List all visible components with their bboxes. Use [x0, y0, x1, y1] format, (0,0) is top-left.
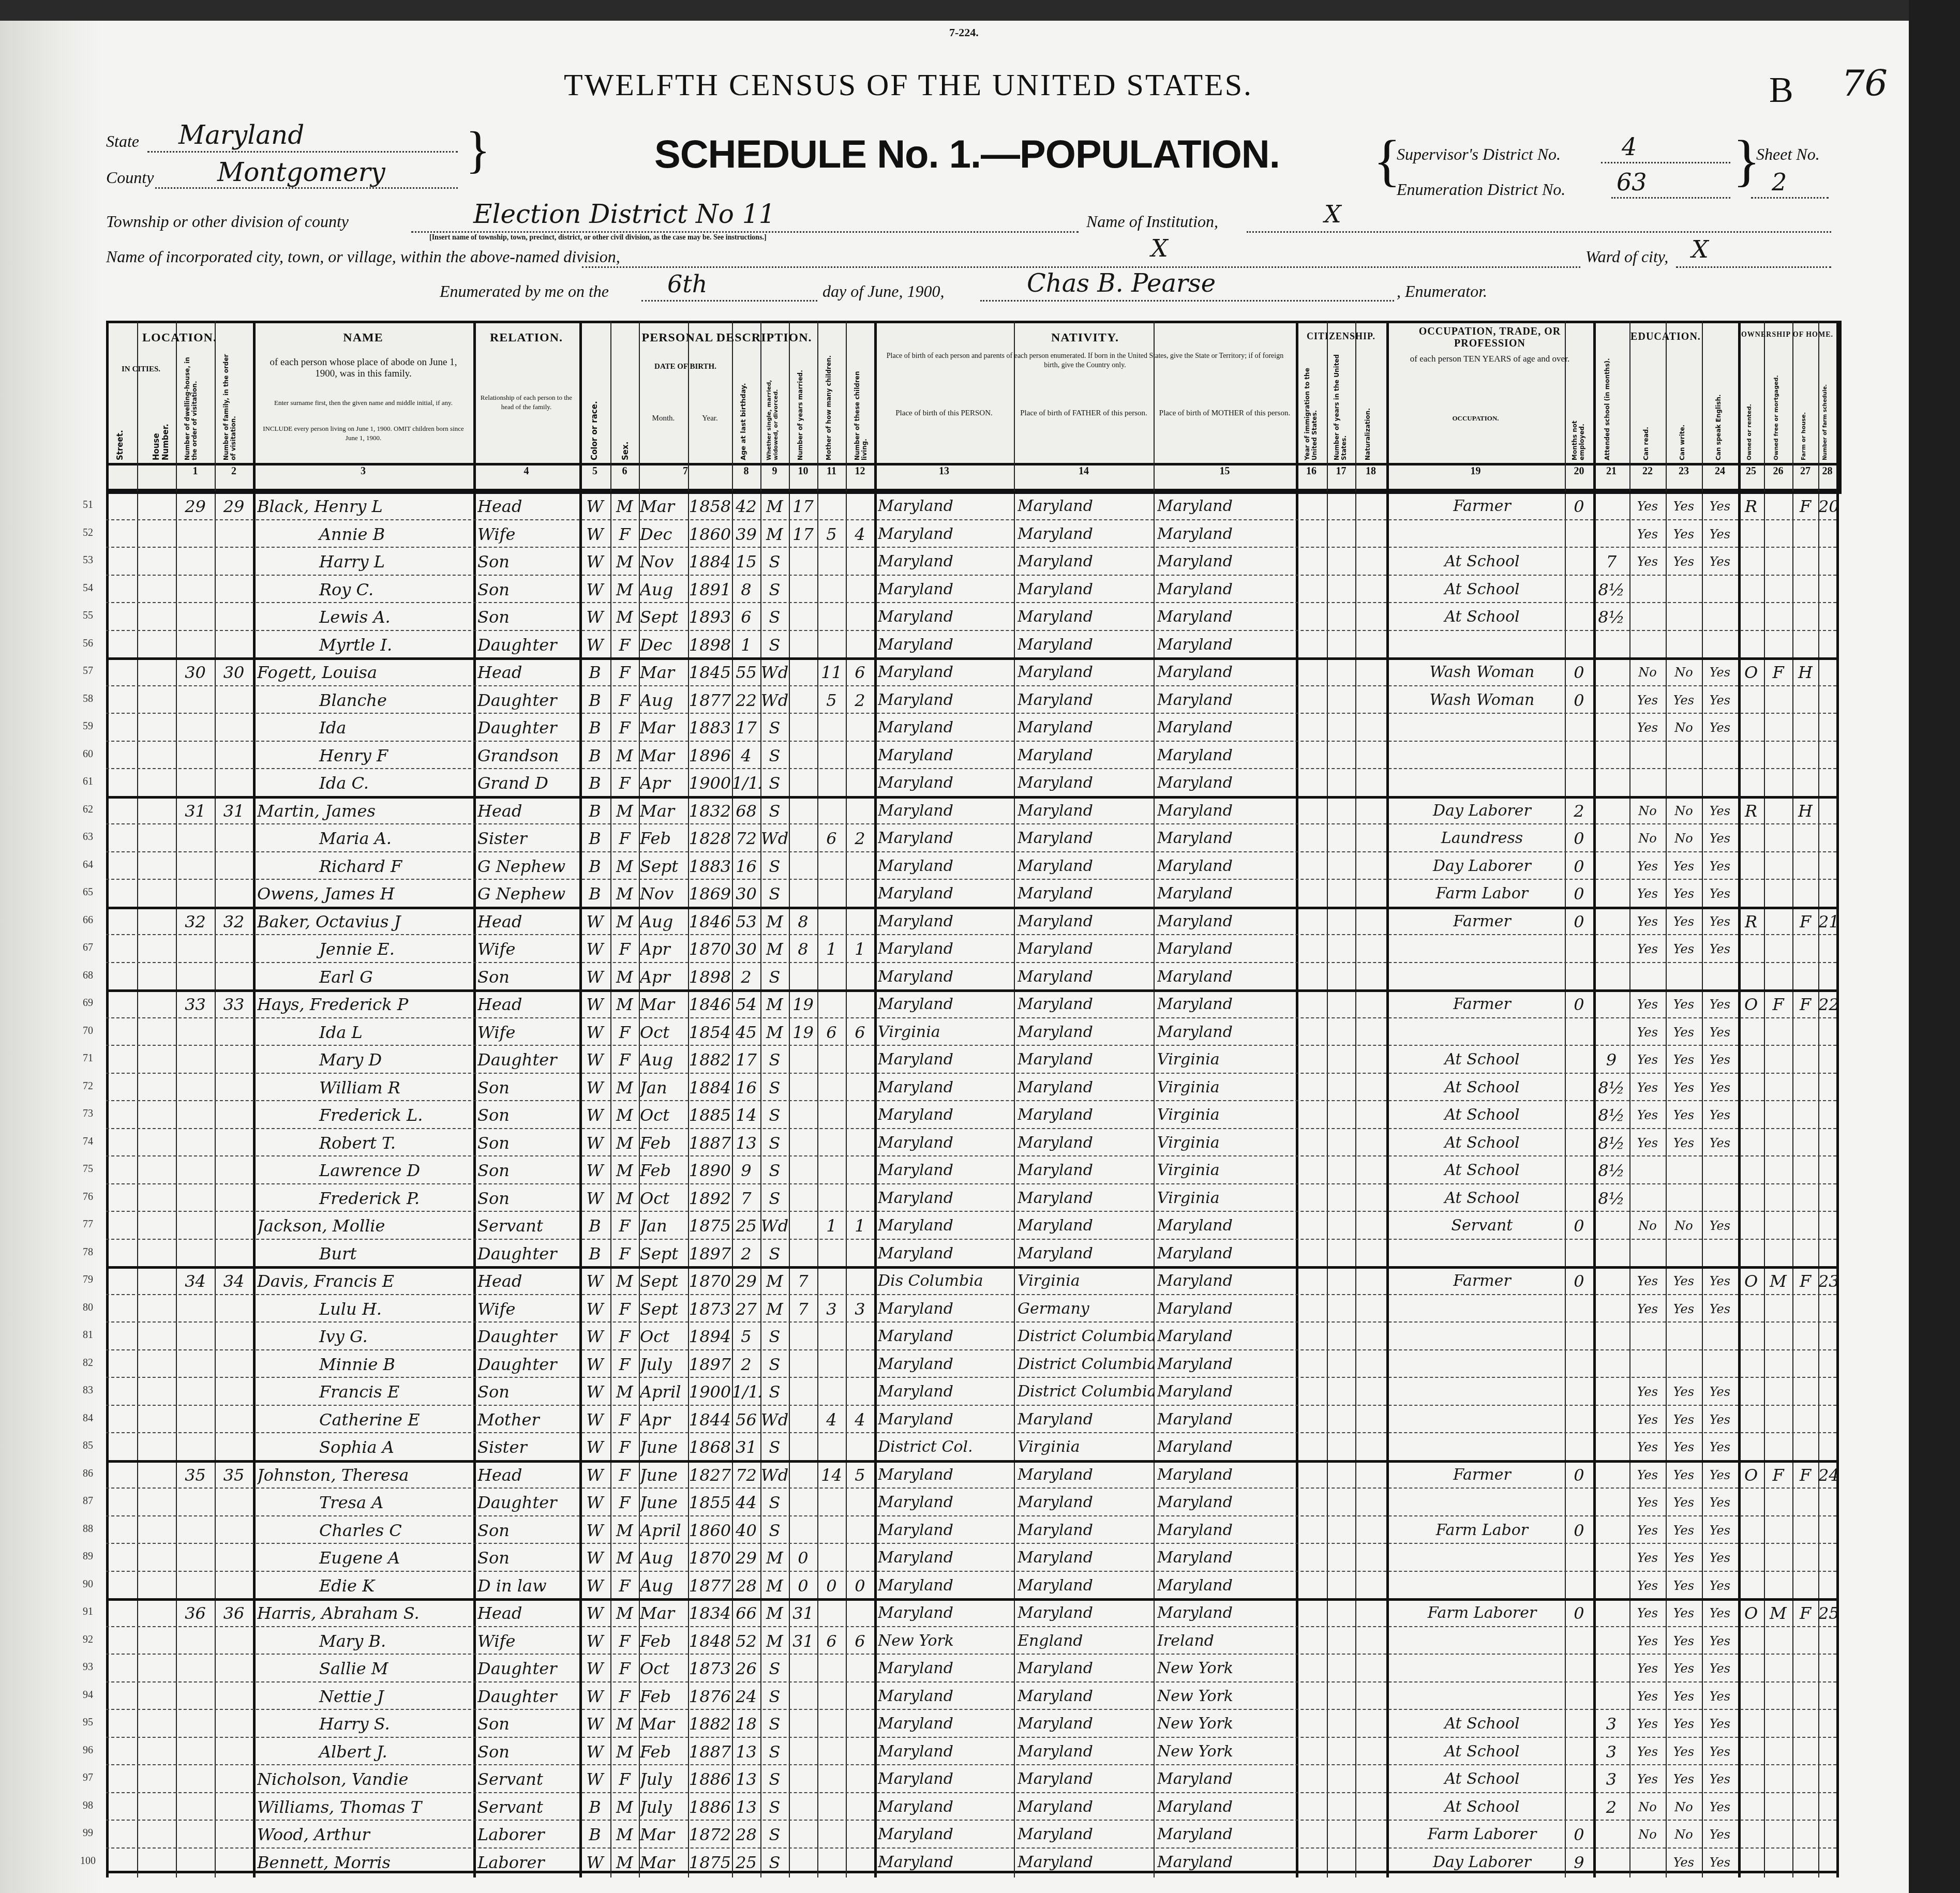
cell-farm — [1792, 1294, 1818, 1322]
cell-school — [1593, 657, 1629, 685]
cell-color: W — [579, 491, 610, 519]
cell-dwelling — [176, 1128, 215, 1156]
cell-pob-mother: Maryland — [1157, 1598, 1296, 1626]
sheet-value: 2 — [1772, 168, 1787, 196]
cell-owned — [1738, 851, 1764, 879]
cell-yrs-married — [789, 685, 817, 713]
cell-school — [1593, 1266, 1629, 1294]
cell-farm-sched — [1818, 1737, 1836, 1765]
cell-occupation: At School — [1399, 1100, 1565, 1128]
cell-dwelling: 34 — [176, 1266, 215, 1294]
cell-occupation — [1399, 934, 1565, 962]
cell-color: B — [579, 657, 610, 685]
cell-occupation — [1399, 1626, 1565, 1654]
cell-age: 25 — [732, 1211, 760, 1239]
colnum-19: 19 — [1386, 465, 1565, 477]
cell-owned: O — [1738, 1598, 1764, 1626]
cell-month: Aug — [640, 907, 688, 935]
cell-pob-mother: Maryland — [1157, 1017, 1296, 1045]
table-row: Lawrence DSonWMFeb18909SMarylandMaryland… — [106, 1155, 1836, 1183]
cell-pob-father: Maryland — [1018, 796, 1154, 824]
cell-age: 54 — [732, 989, 760, 1017]
cell-pob-mother: Maryland — [1157, 934, 1296, 962]
cell-occupation: At School — [1399, 1073, 1565, 1101]
cell-color: W — [579, 1488, 610, 1515]
cell-owned — [1738, 1100, 1764, 1128]
cell-farm-sched — [1818, 1155, 1836, 1183]
cell-unemployed — [1565, 1654, 1593, 1681]
cell-color: W — [579, 575, 610, 603]
cell-speak: Yes — [1702, 1654, 1738, 1681]
cell-name: Fogett, Louisa — [257, 657, 472, 685]
cell-dwelling — [176, 685, 215, 713]
header-occupation: OCCUPATION, TRADE, OR PROFESSION — [1386, 326, 1593, 350]
cell-dwelling — [176, 602, 215, 630]
cell-occupation: At School — [1399, 1737, 1565, 1765]
header-dob: DATE OF BIRTH. — [639, 362, 732, 371]
cell-dwelling — [176, 1017, 215, 1045]
cell-owned — [1738, 1239, 1764, 1267]
cell-farm — [1792, 1654, 1818, 1681]
cell-read: Yes — [1629, 1571, 1666, 1599]
cell-pob: Maryland — [878, 1764, 1014, 1792]
cell-year: 1860 — [688, 1515, 732, 1543]
cell-farm — [1792, 1239, 1818, 1267]
cell-mother-of — [817, 1266, 846, 1294]
cell-sex: M — [610, 1709, 639, 1737]
cell-farm-sched — [1818, 1073, 1836, 1101]
header-relation: RELATION. — [473, 331, 579, 345]
cell-farm-sched — [1818, 851, 1836, 879]
cell-relation: Head — [477, 796, 578, 824]
cell-farm-sched — [1818, 1294, 1836, 1322]
cell-relation: Son — [477, 962, 578, 990]
colnum-15: 15 — [1154, 465, 1296, 477]
cell-school — [1593, 1321, 1629, 1349]
cell-age: 13 — [732, 1128, 760, 1156]
cell-month: Feb — [640, 1155, 688, 1183]
cell-write: Yes — [1666, 1045, 1702, 1073]
cell-pob-father: District Columbia — [1018, 1377, 1154, 1405]
cell-color: B — [579, 1792, 610, 1820]
cell-month: Sept — [640, 1239, 688, 1267]
cell-age: 17 — [732, 1045, 760, 1073]
cell-read: No — [1629, 1211, 1666, 1239]
cell-farm — [1792, 1128, 1818, 1156]
cell-pob-father: Maryland — [1018, 1183, 1154, 1211]
enumeration-field: 63 — [1611, 178, 1730, 199]
cell-marital: S — [760, 713, 789, 741]
header-immigration: Year of immigration to the United States… — [1304, 352, 1318, 460]
cell-mother-of: 6 — [817, 1626, 846, 1654]
cell-color: W — [579, 547, 610, 575]
state-label: State — [106, 132, 139, 151]
cell-pob-mother: Maryland — [1157, 1792, 1296, 1820]
cell-year: 1827 — [688, 1460, 732, 1488]
cell-yrs-married — [789, 1073, 817, 1101]
cell-free — [1764, 851, 1792, 879]
cell-school: 8½ — [1593, 575, 1629, 603]
cell-free — [1764, 1847, 1792, 1875]
cell-family — [215, 1211, 253, 1239]
cell-occupation: Servant — [1399, 1211, 1565, 1239]
cell-color: W — [579, 1183, 610, 1211]
cell-read: Yes — [1629, 1017, 1666, 1045]
cell-dwelling — [176, 1515, 215, 1543]
cell-color: W — [579, 1073, 610, 1101]
cell-name: Williams, Thomas T — [257, 1792, 472, 1820]
cell-color: W — [579, 1737, 610, 1765]
cell-unemployed — [1565, 1681, 1593, 1709]
sheet-label: Sheet No. — [1756, 145, 1820, 164]
cell-free — [1764, 1377, 1792, 1405]
cell-year: 1900 — [688, 768, 732, 796]
cell-read: Yes — [1629, 879, 1666, 907]
cell-family — [215, 1239, 253, 1267]
cell-pob: Maryland — [878, 1571, 1014, 1599]
cell-occupation — [1399, 741, 1565, 769]
cell-living — [846, 575, 874, 603]
cell-yrs-married: 19 — [789, 1017, 817, 1045]
cell-speak: Yes — [1702, 1764, 1738, 1792]
cell-unemployed — [1565, 1571, 1593, 1599]
line-number-left: 87 — [78, 1495, 98, 1507]
cell-sex: F — [610, 1460, 639, 1488]
cell-mother-of — [817, 1349, 846, 1377]
cell-farm-sched — [1818, 823, 1836, 851]
cell-dwelling — [176, 741, 215, 769]
cell-mother-of — [817, 1432, 846, 1460]
table-row: Albert J.SonWMFeb188713SMarylandMaryland… — [106, 1737, 1836, 1765]
cell-living — [846, 768, 874, 796]
cell-dwelling — [176, 1045, 215, 1073]
line-number-left: 55 — [78, 610, 98, 622]
city-value: X — [1151, 234, 1168, 262]
cell-yrs-married — [789, 768, 817, 796]
cell-owned — [1738, 1073, 1764, 1101]
cell-pob-father: Maryland — [1018, 989, 1154, 1017]
cell-write: Yes — [1666, 1432, 1702, 1460]
township-value: Election District No 11 — [473, 199, 775, 229]
cell-year: 1870 — [688, 1543, 732, 1571]
cell-pob: Maryland — [878, 1460, 1014, 1488]
cell-sex: M — [610, 1598, 639, 1626]
cell-month: Mar — [640, 713, 688, 741]
header-citizenship: CITIZENSHIP. — [1296, 331, 1386, 342]
cell-yrs-married: 8 — [789, 907, 817, 935]
cell-write: Yes — [1666, 1515, 1702, 1543]
cell-living: 6 — [846, 1626, 874, 1654]
cell-marital: S — [760, 602, 789, 630]
cell-read: Yes — [1629, 1764, 1666, 1792]
cell-read: Yes — [1629, 713, 1666, 741]
cell-school: 2 — [1593, 1792, 1629, 1820]
line-number-left: 74 — [78, 1136, 98, 1148]
cell-age: 45 — [732, 1017, 760, 1045]
cell-write: Yes — [1666, 685, 1702, 713]
cell-free — [1764, 1045, 1792, 1073]
cell-sex: F — [610, 1571, 639, 1599]
cell-yrs-married — [789, 1709, 817, 1737]
header-name-instr1: Enter surname first, then the given name… — [261, 398, 466, 408]
table-row: Myrtle I.DaughterWFDec18981SMarylandMary… — [106, 630, 1836, 658]
cell-write: Yes — [1666, 1543, 1702, 1571]
cell-mother-of — [817, 1654, 846, 1681]
cell-pob-father: Maryland — [1018, 1543, 1154, 1571]
colnum-14: 14 — [1014, 465, 1154, 477]
cell-speak: Yes — [1702, 1598, 1738, 1626]
cell-marital: S — [760, 630, 789, 658]
cell-yrs-married — [789, 657, 817, 685]
cell-owned — [1738, 1515, 1764, 1543]
cell-occupation: Farm Labor — [1399, 879, 1565, 907]
cell-occupation — [1399, 1681, 1565, 1709]
line-number-left: 61 — [78, 776, 98, 788]
cell-dwelling — [176, 713, 215, 741]
cell-farm — [1792, 1515, 1818, 1543]
cell-farm — [1792, 1211, 1818, 1239]
cell-yrs-married: 31 — [789, 1598, 817, 1626]
cell-pob-father: Maryland — [1018, 1709, 1154, 1737]
cell-living: 1 — [846, 1211, 874, 1239]
cell-color: W — [579, 1155, 610, 1183]
cell-yrs-married — [789, 1211, 817, 1239]
cell-relation: Daughter — [477, 713, 578, 741]
cell-year: 1894 — [688, 1321, 732, 1349]
cell-yrs-married — [789, 1183, 817, 1211]
cell-month: Feb — [640, 1681, 688, 1709]
cell-school — [1593, 1598, 1629, 1626]
cell-yrs-married: 17 — [789, 491, 817, 519]
cell-sex: F — [610, 1321, 639, 1349]
cell-year: 1855 — [688, 1488, 732, 1515]
header-pob-mother: Place of birth of MOTHER of this person. — [1159, 409, 1291, 418]
cell-pob: Maryland — [878, 879, 1014, 907]
cell-occupation — [1399, 713, 1565, 741]
cell-owned — [1738, 1792, 1764, 1820]
cell-month: Mar — [640, 657, 688, 685]
cell-occupation: Farmer — [1399, 1266, 1565, 1294]
cell-month: Oct — [640, 1321, 688, 1349]
cell-free — [1764, 1681, 1792, 1709]
cell-family — [215, 1073, 253, 1101]
cell-family: 36 — [215, 1598, 253, 1626]
cell-unemployed — [1565, 741, 1593, 769]
cell-free — [1764, 1128, 1792, 1156]
cell-sex: F — [610, 1488, 639, 1515]
cell-pob-father: Maryland — [1018, 602, 1154, 630]
cell-farm — [1792, 1626, 1818, 1654]
cell-sex: M — [610, 602, 639, 630]
cell-pob-father: Maryland — [1018, 1847, 1154, 1875]
line-number-left: 78 — [78, 1246, 98, 1258]
table-row: Mary DDaughterWFAug188217SMarylandMaryla… — [106, 1045, 1836, 1073]
cell-read: Yes — [1629, 1128, 1666, 1156]
cell-school — [1593, 1820, 1629, 1847]
cell-age: 29 — [732, 1266, 760, 1294]
cell-unemployed: 0 — [1565, 491, 1593, 519]
cell-mother-of — [817, 1681, 846, 1709]
cell-mother-of: 0 — [817, 1571, 846, 1599]
cell-age: 2 — [732, 1239, 760, 1267]
cell-read: Yes — [1629, 1515, 1666, 1543]
enumerated-day: 6th — [667, 270, 707, 298]
cell-marital: S — [760, 575, 789, 603]
cell-family: 29 — [215, 491, 253, 519]
cell-sex: M — [610, 1543, 639, 1571]
cell-family — [215, 1654, 253, 1681]
cell-mother-of — [817, 1543, 846, 1571]
cell-farm — [1792, 962, 1818, 990]
cell-unemployed: 9 — [1565, 1847, 1593, 1875]
cell-write: Yes — [1666, 1681, 1702, 1709]
cell-write: Yes — [1666, 491, 1702, 519]
header-name-instr2: INCLUDE every person living on June 1, 1… — [261, 424, 466, 443]
cell-free: F — [1764, 989, 1792, 1017]
cell-year: 1882 — [688, 1045, 732, 1073]
line-number-left: 95 — [78, 1717, 98, 1729]
cell-dwelling — [176, 1211, 215, 1239]
cell-age: 18 — [732, 1709, 760, 1737]
cell-farm-sched — [1818, 1709, 1836, 1737]
cell-color: W — [579, 989, 610, 1017]
township-note: [Insert name of township, town, precinct… — [429, 234, 767, 242]
cell-unemployed — [1565, 1626, 1593, 1654]
header-occupation-desc: of each person TEN YEARS of age and over… — [1392, 354, 1588, 364]
cell-unemployed — [1565, 962, 1593, 990]
cell-speak: Yes — [1702, 491, 1738, 519]
cell-dwelling — [176, 1654, 215, 1681]
table-row: Sallie MDaughterWFOct187326SMarylandMary… — [106, 1654, 1836, 1681]
colnum-16: 16 — [1296, 465, 1327, 477]
cell-name: Johnston, Theresa — [257, 1460, 472, 1488]
cell-owned — [1738, 1155, 1764, 1183]
header-age: Age at last birthday. — [740, 357, 747, 460]
cell-free — [1764, 1820, 1792, 1847]
colnum-27: 27 — [1792, 465, 1818, 477]
line-number-left: 76 — [78, 1191, 98, 1203]
cell-speak: Yes — [1702, 1266, 1738, 1294]
state-field: Maryland — [147, 130, 458, 153]
table-row: Wood, ArthurLaborerBMMar187228SMarylandM… — [106, 1820, 1836, 1847]
cell-mother-of — [817, 1847, 846, 1875]
cell-occupation: Farm Laborer — [1399, 1598, 1565, 1626]
cell-dwelling — [176, 1405, 215, 1433]
cell-name: Wood, Arthur — [257, 1820, 472, 1847]
cell-farm-sched — [1818, 630, 1836, 658]
cell-speak: Yes — [1702, 685, 1738, 713]
sheet-letter: B — [1769, 70, 1793, 111]
cell-free: F — [1764, 657, 1792, 685]
cell-pob-mother: Maryland — [1157, 1266, 1296, 1294]
cell-living — [846, 1321, 874, 1349]
cell-relation: Son — [477, 1183, 578, 1211]
header-name-desc: of each person whose place of abode on J… — [261, 357, 466, 380]
cell-dwelling — [176, 1681, 215, 1709]
cell-school: 3 — [1593, 1737, 1629, 1765]
cell-speak: Yes — [1702, 1737, 1738, 1765]
cell-unemployed — [1565, 1321, 1593, 1349]
cell-dwelling: 29 — [176, 491, 215, 519]
cell-age: 55 — [732, 657, 760, 685]
cell-pob-mother: Maryland — [1157, 1405, 1296, 1433]
cell-marital: M — [760, 1543, 789, 1571]
cell-relation: Son — [477, 1073, 578, 1101]
cell-marital: M — [760, 1294, 789, 1322]
line-number-left: 85 — [78, 1440, 98, 1452]
cell-marital: S — [760, 1128, 789, 1156]
header-months-unemployed: Months not employed. — [1571, 403, 1585, 460]
cell-pob-father: Maryland — [1018, 713, 1154, 741]
line-number-left: 59 — [78, 720, 98, 732]
cell-pob: Maryland — [878, 713, 1014, 741]
cell-sex: M — [610, 879, 639, 907]
cell-farm-sched — [1818, 1764, 1836, 1792]
cell-school — [1593, 879, 1629, 907]
cell-marital: S — [760, 1847, 789, 1875]
cell-read: Yes — [1629, 1737, 1666, 1765]
cell-read: Yes — [1629, 1543, 1666, 1571]
cell-living: 0 — [846, 1571, 874, 1599]
cell-unemployed: 0 — [1565, 1266, 1593, 1294]
table-row: 3232Baker, Octavius JHeadWMAug184653M8Ma… — [106, 907, 1836, 935]
cell-month: Oct — [640, 1654, 688, 1681]
cell-relation: Mother — [477, 1405, 578, 1433]
cell-school — [1593, 1405, 1629, 1433]
cell-occupation: At School — [1399, 1128, 1565, 1156]
cell-year: 1884 — [688, 1073, 732, 1101]
cell-month: April — [640, 1515, 688, 1543]
cell-mother-of — [817, 989, 846, 1017]
cell-write — [1666, 1349, 1702, 1377]
cell-marital: S — [760, 1073, 789, 1101]
cell-farm-sched — [1818, 657, 1836, 685]
cell-month: Jan — [640, 1073, 688, 1101]
cell-age: 68 — [732, 796, 760, 824]
cell-marital: S — [760, 1488, 789, 1515]
cell-pob: Virginia — [878, 1017, 1014, 1045]
cell-name: Martin, James — [257, 796, 472, 824]
cell-pob-mother: Maryland — [1157, 630, 1296, 658]
cell-yrs-married — [789, 1128, 817, 1156]
cell-family — [215, 1847, 253, 1875]
cell-free: M — [1764, 1266, 1792, 1294]
cell-relation: G Nephew — [477, 879, 578, 907]
cell-dwelling — [176, 1294, 215, 1322]
cell-read — [1629, 1183, 1666, 1211]
cell-read: Yes — [1629, 907, 1666, 935]
cell-farm — [1792, 1847, 1818, 1875]
cell-speak: Yes — [1702, 1405, 1738, 1433]
table-row: Frederick P.SonWMOct18927SMarylandMaryla… — [106, 1183, 1836, 1211]
cell-family — [215, 519, 253, 547]
cell-mother-of — [817, 1792, 846, 1820]
cell-free — [1764, 1515, 1792, 1543]
cell-mother-of — [817, 962, 846, 990]
cell-read: Yes — [1629, 685, 1666, 713]
line-number-left: 96 — [78, 1745, 98, 1756]
cell-free — [1764, 575, 1792, 603]
cell-unemployed: 0 — [1565, 1460, 1593, 1488]
cell-farm — [1792, 741, 1818, 769]
cell-occupation — [1399, 1571, 1565, 1599]
cell-owned — [1738, 1654, 1764, 1681]
cell-read: Yes — [1629, 1654, 1666, 1681]
cell-family: 30 — [215, 657, 253, 685]
header-nativity: NATIVITY. — [874, 331, 1296, 345]
cell-dwelling: 31 — [176, 796, 215, 824]
cell-farm: F — [1792, 907, 1818, 935]
